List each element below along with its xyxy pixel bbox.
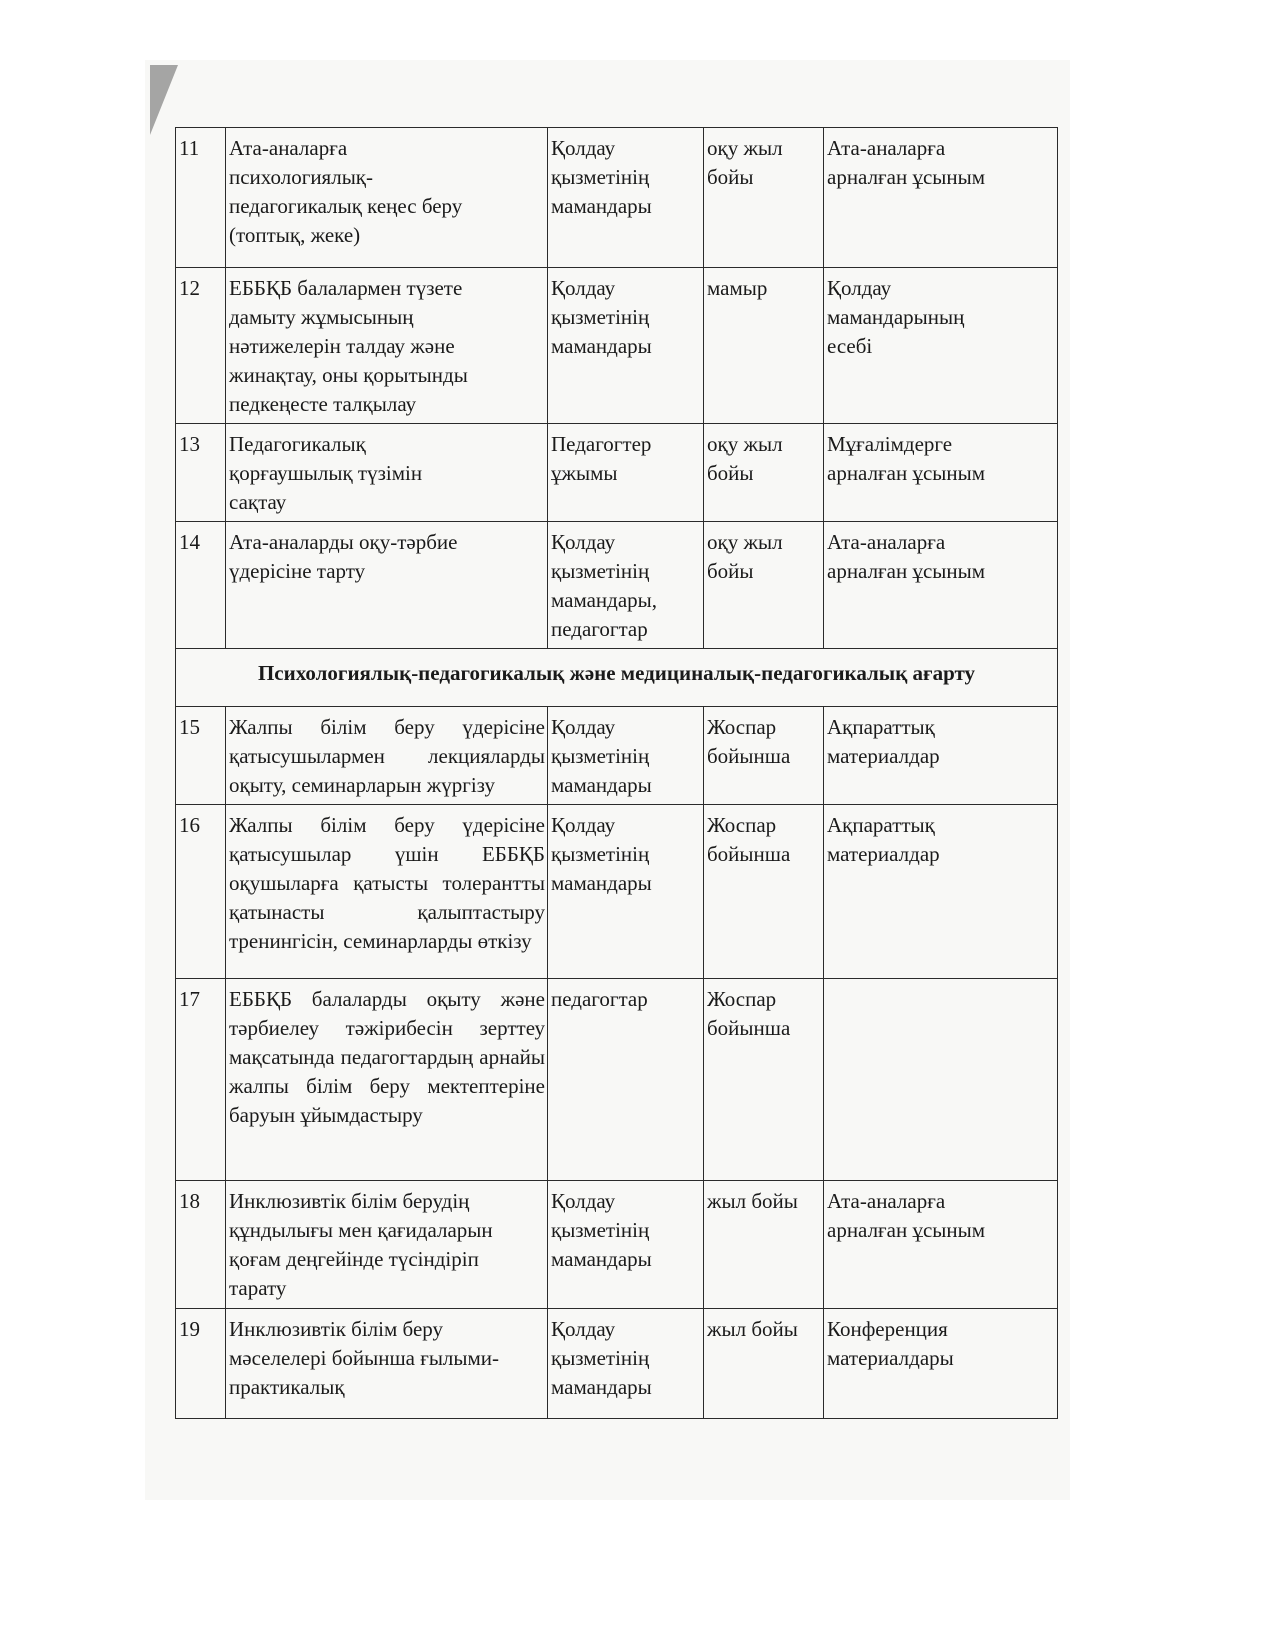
timeframe-cell: оқу жыл бойы: [704, 128, 824, 268]
result-cell: Ата-аналарға арналған ұсыным: [824, 128, 1058, 268]
row-number: 11: [176, 128, 226, 268]
activity-cell: Инклюзивтік білім беру мәселелері бойынш…: [226, 1309, 548, 1419]
row-number: 13: [176, 424, 226, 522]
responsible-cell: педагогтар: [548, 979, 704, 1181]
row-number: 19: [176, 1309, 226, 1419]
responsible-cell: Қолдау қызметінің мамандары: [548, 1181, 704, 1309]
result-cell: Ақпараттық материалдар: [824, 707, 1058, 805]
activity-cell: Педагогикалық қорғаушылық түзімін сақтау: [226, 424, 548, 522]
responsible-cell: Қолдау қызметінің мамандары: [548, 268, 704, 424]
result-cell: Ақпараттық материалдар: [824, 805, 1058, 979]
responsible-cell: Қолдау қызметінің мамандары: [548, 805, 704, 979]
responsible-cell: Қолдау қызметінің мамандары: [548, 1309, 704, 1419]
activity-cell: Жалпы білім беру үдерісіне қатысушыларме…: [226, 707, 548, 805]
timeframe-cell: Жоспар бойынша: [704, 805, 824, 979]
row-number: 17: [176, 979, 226, 1181]
responsible-cell: Қолдау қызметінің мамандары: [548, 707, 704, 805]
plan-table: 11 Ата-аналарға психологиялық- педагогик…: [175, 127, 1058, 1419]
table-row: 17 ЕББҚБ балаларды оқыту және тәрбиелеу …: [176, 979, 1058, 1181]
row-number: 14: [176, 522, 226, 649]
timeframe-cell: оқу жыл бойы: [704, 522, 824, 649]
activity-cell: Ата-аналарды оқу-тәрбие үдерісіне тарту: [226, 522, 548, 649]
row-number: 18: [176, 1181, 226, 1309]
page-corner-fold: [150, 65, 178, 135]
result-cell: Конференция материалдары: [824, 1309, 1058, 1419]
timeframe-cell: мамыр: [704, 268, 824, 424]
activity-cell: Инклюзивтік білім берудің құндылығы мен …: [226, 1181, 548, 1309]
responsible-cell: Педагогтер ұжымы: [548, 424, 704, 522]
result-cell: Мұғалімдерге арналған ұсыным: [824, 424, 1058, 522]
timeframe-cell: оқу жыл бойы: [704, 424, 824, 522]
result-cell: Ата-аналарға арналған ұсыным: [824, 522, 1058, 649]
table-row: 18 Инклюзивтік білім берудің құндылығы м…: [176, 1181, 1058, 1309]
responsible-cell: Қолдау қызметінің мамандары: [548, 128, 704, 268]
activity-cell: ЕББҚБ балалармен түзете дамыту жұмысының…: [226, 268, 548, 424]
table-row: 19 Инклюзивтік білім беру мәселелері бой…: [176, 1309, 1058, 1419]
table-row: 15 Жалпы білім беру үдерісіне қатысушыла…: [176, 707, 1058, 805]
row-number: 12: [176, 268, 226, 424]
activity-cell: Жалпы білім беру үдерісіне қатысушылар ү…: [226, 805, 548, 979]
section-header-row: Психологиялық-педагогикалық және медицин…: [176, 649, 1058, 707]
section-title: Психологиялық-педагогикалық және медицин…: [176, 649, 1058, 707]
row-number: 15: [176, 707, 226, 805]
activity-cell: Ата-аналарға психологиялық- педагогикалы…: [226, 128, 548, 268]
table-row: 13 Педагогикалық қорғаушылық түзімін сақ…: [176, 424, 1058, 522]
responsible-cell: Қолдау қызметінің мамандары, педагогтар: [548, 522, 704, 649]
table-row: 16 Жалпы білім беру үдерісіне қатысушыла…: [176, 805, 1058, 979]
activity-cell: ЕББҚБ балаларды оқыту және тәрбиелеу тәж…: [226, 979, 548, 1181]
table-row: 12 ЕББҚБ балалармен түзете дамыту жұмысы…: [176, 268, 1058, 424]
timeframe-cell: Жоспар бойынша: [704, 707, 824, 805]
table-row: 14 Ата-аналарды оқу-тәрбие үдерісіне тар…: [176, 522, 1058, 649]
timeframe-cell: жыл бойы: [704, 1309, 824, 1419]
timeframe-cell: Жоспар бойынша: [704, 979, 824, 1181]
table-row: 11 Ата-аналарға психологиялық- педагогик…: [176, 128, 1058, 268]
result-cell: Қолдау мамандарының есебі: [824, 268, 1058, 424]
result-cell: Ата-аналарға арналған ұсыным: [824, 1181, 1058, 1309]
result-cell: [824, 979, 1058, 1181]
row-number: 16: [176, 805, 226, 979]
timeframe-cell: жыл бойы: [704, 1181, 824, 1309]
